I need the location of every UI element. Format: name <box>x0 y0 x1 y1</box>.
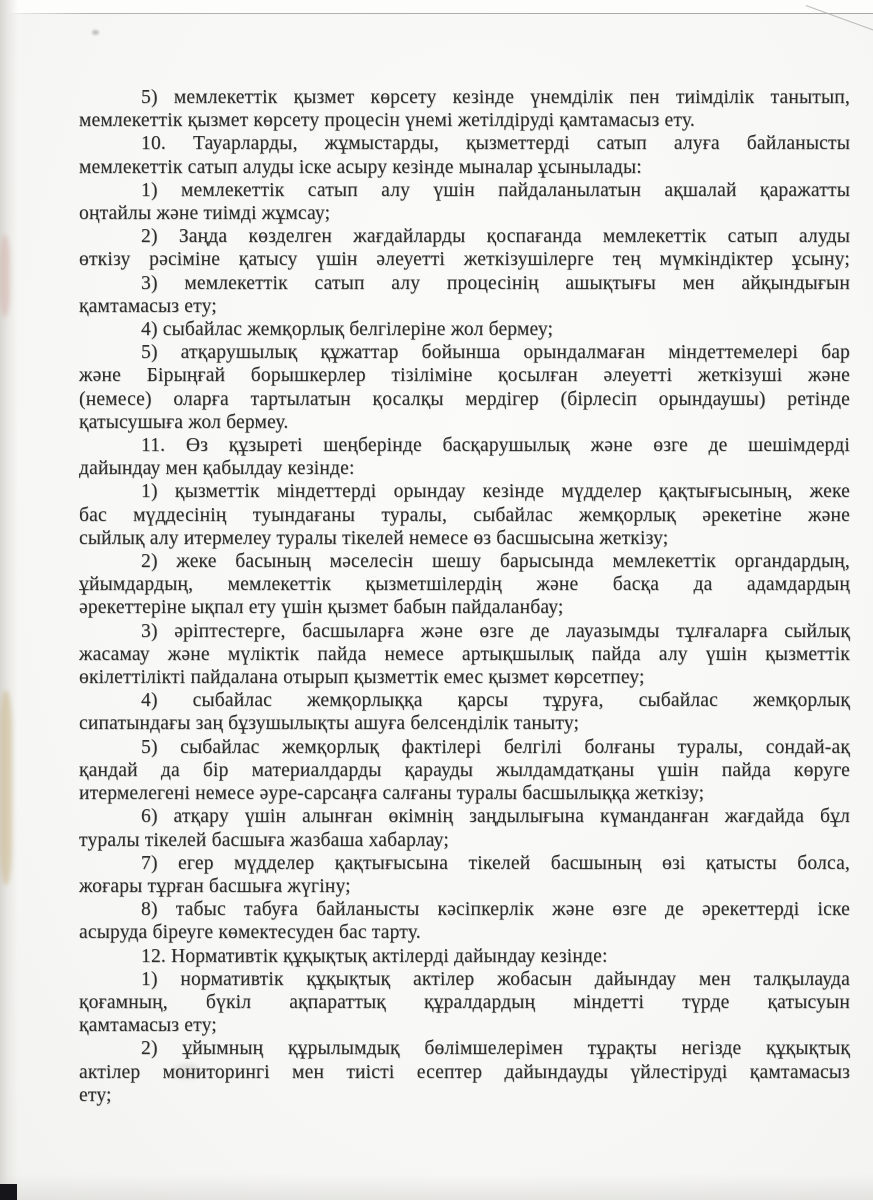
scan-bottom-shadow <box>0 1174 873 1200</box>
text-line: қандай да бір материалдарды қарауды жылд… <box>79 759 850 782</box>
text-line: 11. Өз құзыреті шеңберінде басқарушылық … <box>79 434 850 457</box>
text-line: итермелегені немесе әуре-сарсаңға салған… <box>79 782 850 805</box>
text-line: ұйымдардың, мемлекеттік қызметшілердің ж… <box>79 573 850 596</box>
text-line: оңтайлы және тиімді жұмсау; <box>79 202 850 225</box>
paragraph: 4) сыбайлас жемқорлыққа қарсы тұруға, сы… <box>79 689 850 735</box>
scan-left-edge-shadow <box>0 0 18 1200</box>
text-line: 2) ұйымның құрылымдық бөлімшелерімен тұр… <box>79 1037 850 1060</box>
text-line: 1) нормативтік құқықтық актілер жобасын … <box>79 968 850 991</box>
text-line: өкілеттілікті пайдалана отырып қызметтік… <box>79 666 850 689</box>
text-line: 10. Тауарларды, жұмыстарды, қызметтерді … <box>79 132 850 155</box>
text-line: мемлекеттік қызмет көрсету процесін үнем… <box>79 109 850 132</box>
scanned-page: 5) мемлекеттік қызмет көрсету кезінде үн… <box>0 0 873 1200</box>
text-line: туралы тікелей басшыға жазбаша хабарлау; <box>79 829 850 852</box>
text-line: актілер мониторингі мен тиісті есептер д… <box>79 1061 850 1084</box>
paragraph: 6) атқару үшін алынған өкімнің заңдылығы… <box>79 805 850 851</box>
document-text: 5) мемлекеттік қызмет көрсету кезінде үн… <box>79 86 850 1107</box>
text-line: 7) егер мүдделер қақтығысына тікелей бас… <box>79 852 850 875</box>
paragraph: 5) сыбайлас жемқорлық фактілері белгілі … <box>79 736 850 806</box>
text-line: 2) жеке басының мәселесін шешу барысында… <box>79 550 850 573</box>
text-line: (немесе) оларға тартылатын қосалқы мерді… <box>79 388 850 411</box>
text-line: 2) Заңда көзделген жағдайларды қоспағанд… <box>79 225 850 248</box>
paragraph: 1) мемлекеттік сатып алу үшін пайдаланыл… <box>79 179 850 225</box>
text-line: 1) мемлекеттік сатып алу үшін пайдаланыл… <box>79 179 850 202</box>
text-line: 3) мемлекеттік сатып алу процесінің ашық… <box>79 272 850 295</box>
text-line: 5) атқарушылық құжаттар бойынша орындалм… <box>79 341 850 364</box>
paragraph: 7) егер мүдделер қақтығысына тікелей бас… <box>79 852 850 898</box>
text-line: 3) әріптестерге, басшыларға және өзге де… <box>79 620 850 643</box>
paragraph: 2) ұйымның құрылымдық бөлімшелерімен тұр… <box>79 1037 850 1107</box>
scan-corner-mark <box>0 1184 17 1200</box>
text-line: сыйлық алу итермелеу туралы тікелей неме… <box>79 527 850 550</box>
text-line: жоғары тұрған басшыға жүгіну; <box>79 875 850 898</box>
text-line: 5) мемлекеттік қызмет көрсету кезінде үн… <box>79 86 850 109</box>
paragraph: 1) қызметтік міндеттерді орындау кезінде… <box>79 480 850 550</box>
text-line: 4) сыбайлас жемқорлыққа қарсы тұруға, сы… <box>79 689 850 712</box>
scan-edge-stain-tan <box>0 690 12 885</box>
text-line: 5) сыбайлас жемқорлық фактілері белгілі … <box>79 736 850 759</box>
paragraph: 2) Заңда көзделген жағдайларды қоспағанд… <box>79 225 850 271</box>
paragraph: 1) нормативтік құқықтық актілер жобасын … <box>79 968 850 1038</box>
paragraph: 3) мемлекеттік сатып алу процесінің ашық… <box>79 272 850 318</box>
text-line: қамтамасыз ету; <box>79 1014 850 1037</box>
paragraph: 4) сыбайлас жемқорлық белгілеріне жол бе… <box>79 318 850 341</box>
scan-edge-stain-pink <box>0 235 10 317</box>
paragraph: 8) табыс табуға байланысты кәсіпкерлік ж… <box>79 898 850 944</box>
text-line: ету; <box>79 1084 850 1107</box>
scan-top-strip <box>0 0 873 13</box>
scan-speck <box>92 30 99 35</box>
text-line: 1) қызметтік міндеттерді орындау кезінде… <box>79 480 850 503</box>
text-line: қатысушыға жол бермеу. <box>79 411 850 434</box>
text-line: мемлекеттік сатып алуды іске асыру кезін… <box>79 156 850 179</box>
text-line: өткізу рәсіміне қатысу үшін әлеуетті жет… <box>79 248 850 271</box>
paragraph: 11. Өз құзыреті шеңберінде басқарушылық … <box>79 434 850 480</box>
paragraph: 5) мемлекеттік қызмет көрсету кезінде үн… <box>79 86 850 132</box>
paragraph: 2) жеке басының мәселесін шешу барысында… <box>79 550 850 620</box>
text-line: және Бірыңғай борышкерлер тізіліміне қос… <box>79 364 850 387</box>
text-line: 8) табыс табуға байланысты кәсіпкерлік ж… <box>79 898 850 921</box>
text-line: әрекеттеріне ықпал ету үшін қызмет бабын… <box>79 596 850 619</box>
scan-top-edge-line <box>0 13 873 14</box>
paragraph: 12. Нормативтік құқықтық актілерді дайын… <box>79 945 850 968</box>
text-line: қоғамның, бүкіл ақпараттық құралдардың м… <box>79 991 850 1014</box>
text-line: асыруда біреуге көмектесуден бас тарту. <box>79 921 850 944</box>
text-line: 12. Нормативтік құқықтық актілерді дайын… <box>79 945 850 968</box>
text-line: дайындау мен қабылдау кезінде: <box>79 457 850 480</box>
paragraph: 10. Тауарларды, жұмыстарды, қызметтерді … <box>79 132 850 178</box>
text-line: 4) сыбайлас жемқорлық белгілеріне жол бе… <box>79 318 850 341</box>
text-line: бас мүддесінің туындағаны туралы, сыбайл… <box>79 504 850 527</box>
paragraph: 5) атқарушылық құжаттар бойынша орындалм… <box>79 341 850 434</box>
text-line: сипатындағы заң бұзушылықты ашуға белсен… <box>79 712 850 735</box>
paragraph: 3) әріптестерге, басшыларға және өзге де… <box>79 620 850 690</box>
text-line: жасамау және мүліктік пайда немесе артық… <box>79 643 850 666</box>
text-line: 6) атқару үшін алынған өкімнің заңдылығы… <box>79 805 850 828</box>
text-line: қамтамасыз ету; <box>79 295 850 318</box>
